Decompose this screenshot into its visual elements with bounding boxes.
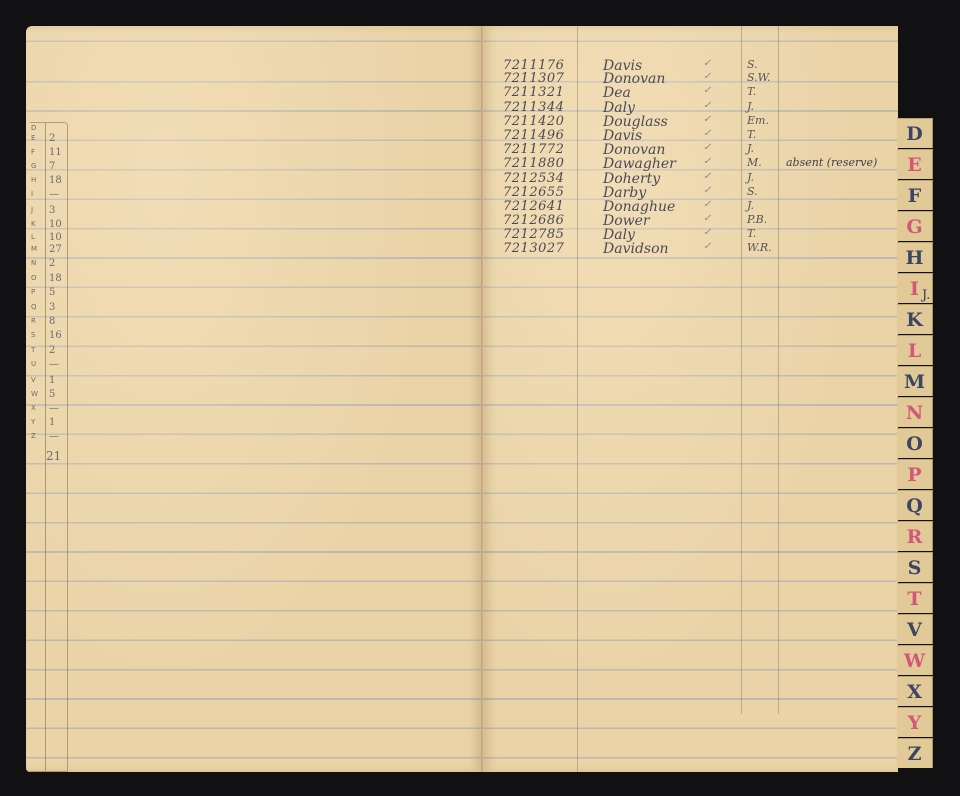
- index-count: 2: [49, 345, 55, 356]
- initials: M.: [747, 156, 762, 169]
- index-count: 18: [49, 175, 62, 186]
- index-letter: G: [31, 162, 36, 170]
- index-count: 7: [49, 161, 55, 172]
- service-number: 7213027: [503, 241, 564, 256]
- check-mark-icon: ✓: [703, 213, 711, 224]
- index-row: E2: [30, 133, 68, 147]
- initials: J.: [747, 100, 754, 113]
- index-letter: Q: [31, 303, 37, 311]
- index-count: 5: [49, 389, 55, 400]
- check-mark-icon: ✓: [703, 227, 711, 238]
- index-letter: Z: [31, 432, 36, 440]
- index-letter: P: [31, 288, 35, 296]
- index-count: —: [49, 403, 59, 414]
- tab-s[interactable]: S: [897, 552, 933, 582]
- initials: S.W.: [747, 71, 771, 84]
- check-mark-icon: ✓: [703, 199, 711, 210]
- initials: J.: [747, 142, 754, 155]
- right-page: 7211176Davis✓S. 7211307Donovan✓S.W. 7211…: [483, 26, 898, 772]
- tab-x[interactable]: X: [897, 676, 933, 706]
- index-letter: W: [31, 390, 38, 398]
- check-mark-icon: ✓: [703, 185, 711, 196]
- index-row: P5: [30, 287, 68, 301]
- service-number: 7212686: [503, 213, 564, 228]
- column-rule-remarks: [778, 26, 779, 714]
- index-row: I—: [30, 189, 68, 203]
- tab-q[interactable]: Q: [897, 490, 933, 520]
- index-count: —: [49, 359, 59, 370]
- index-total: 21: [46, 449, 61, 463]
- index-count: 2: [49, 133, 55, 144]
- service-number: 7212534: [503, 171, 564, 186]
- index-letter: N: [31, 259, 36, 267]
- index-letter: M: [31, 245, 37, 253]
- check-mark-icon: ✓: [703, 71, 711, 82]
- index-letter: J: [31, 206, 33, 214]
- index-row: Z—: [30, 431, 68, 445]
- index-count: 1: [49, 417, 55, 428]
- index-letter: I: [31, 190, 33, 198]
- index-letter: U: [31, 360, 36, 368]
- initials: S.: [747, 58, 758, 71]
- index-letter: H: [31, 176, 36, 184]
- alphabet-tabs: D E F G H I K L M N O P Q R S T V W X Y …: [897, 118, 933, 770]
- column-rule-initials: [741, 26, 742, 714]
- index-letter: R: [31, 317, 36, 325]
- index-count: 2: [49, 258, 55, 269]
- index-count: 11: [49, 147, 62, 158]
- service-number: 7212655: [503, 185, 564, 200]
- service-number: 7211880: [503, 156, 564, 171]
- tab-w[interactable]: W: [897, 645, 933, 675]
- surname: Dea: [603, 85, 631, 101]
- tab-t[interactable]: T: [897, 583, 933, 613]
- index-row: T2: [30, 345, 68, 359]
- service-number: 7212785: [503, 227, 564, 242]
- index-row: X—: [30, 403, 68, 417]
- tab-g[interactable]: G: [897, 211, 933, 241]
- initials: J.: [747, 171, 754, 184]
- index-letter: O: [31, 274, 37, 282]
- column-rule-name: [577, 26, 578, 772]
- index-count: —: [49, 189, 59, 200]
- index-letter: E: [31, 134, 35, 142]
- service-number: 7211344: [503, 100, 564, 115]
- tab-r[interactable]: R: [897, 521, 933, 551]
- initials: W.R.: [747, 241, 772, 254]
- index-row: R8: [30, 316, 68, 330]
- index-row: S16: [30, 330, 68, 344]
- index-letter: K: [31, 220, 36, 228]
- left-page: D E2 F11 G7 H18 I— J3 K10 L10 M27 N2 O18…: [26, 26, 481, 772]
- surname: Davidson: [603, 241, 669, 257]
- tab-annotation-j: J.: [922, 288, 930, 303]
- index-letter: S: [31, 331, 35, 339]
- service-number: 7211321: [503, 85, 564, 100]
- index-row: N2: [30, 258, 68, 272]
- index-count: 16: [49, 330, 62, 341]
- check-mark-icon: ✓: [703, 142, 711, 153]
- service-number: 7211307: [503, 71, 564, 86]
- tab-e[interactable]: E: [897, 149, 933, 179]
- check-mark-icon: ✓: [703, 241, 711, 252]
- check-mark-icon: ✓: [703, 100, 711, 111]
- index-row: U—: [30, 359, 68, 373]
- index-letter: F: [31, 148, 35, 156]
- index-count: 10: [49, 232, 62, 243]
- tab-v[interactable]: V: [897, 614, 933, 644]
- index-row: F11: [30, 147, 68, 161]
- tab-l[interactable]: L: [897, 335, 933, 365]
- index-letter: Y: [31, 418, 35, 426]
- check-mark-icon: ✓: [703, 85, 711, 96]
- index-count: —: [49, 431, 59, 442]
- index-row: M27: [30, 244, 68, 258]
- index-count: 18: [49, 273, 62, 284]
- initials: S.: [747, 185, 758, 198]
- tab-h[interactable]: H: [897, 242, 933, 272]
- service-number: 7211772: [503, 142, 564, 157]
- index-count: 27: [49, 244, 62, 255]
- index-row: V1: [30, 375, 68, 389]
- remark: absent (reserve): [786, 156, 877, 169]
- index-count: 5: [49, 287, 55, 298]
- index-letter: L: [31, 233, 35, 241]
- check-mark-icon: ✓: [703, 156, 711, 167]
- tab-m[interactable]: M: [897, 366, 933, 396]
- tab-z[interactable]: Z: [897, 738, 933, 768]
- initials: Em.: [747, 114, 769, 127]
- tab-n[interactable]: N: [897, 397, 933, 427]
- index-count: 1: [49, 375, 55, 386]
- service-number: 7211420: [503, 114, 564, 129]
- index-count: 10: [49, 219, 62, 230]
- tab-y[interactable]: Y: [897, 707, 933, 737]
- index-letter: V: [31, 376, 36, 384]
- index-count: 3: [49, 205, 55, 216]
- index-row: G7: [30, 161, 68, 175]
- initials: T.: [747, 85, 756, 98]
- check-mark-icon: ✓: [703, 114, 711, 125]
- index-row: J3: [30, 205, 68, 219]
- tab-p[interactable]: P: [897, 459, 933, 489]
- index-row: O18: [30, 273, 68, 287]
- index-letter: X: [31, 404, 36, 412]
- index-count: 8: [49, 316, 55, 327]
- initials: T.: [747, 227, 756, 240]
- index-count: 3: [49, 302, 55, 313]
- index-row: K10: [30, 219, 68, 233]
- tab-f[interactable]: F: [897, 180, 933, 210]
- tab-o[interactable]: O: [897, 428, 933, 458]
- tab-k[interactable]: K: [897, 304, 933, 334]
- index-row: Q3: [30, 302, 68, 316]
- initials: T.: [747, 128, 756, 141]
- index-row: W5: [30, 389, 68, 403]
- index-column: D E2 F11 G7 H18 I— J3 K10 L10 M27 N2 O18…: [30, 122, 68, 772]
- index-row: Y1: [30, 417, 68, 431]
- tab-d[interactable]: D: [897, 118, 933, 148]
- check-mark-icon: ✓: [703, 171, 711, 182]
- surname: Dawagher: [603, 156, 676, 172]
- check-mark-icon: ✓: [703, 128, 711, 139]
- index-row: H18: [30, 175, 68, 189]
- initials: J.: [747, 199, 754, 212]
- service-number: 7212641: [503, 199, 564, 214]
- service-number: 7211496: [503, 128, 564, 143]
- index-header: D: [31, 124, 36, 132]
- check-mark-icon: ✓: [703, 58, 711, 69]
- initials: P.B.: [747, 213, 767, 226]
- index-letter: T: [31, 346, 35, 354]
